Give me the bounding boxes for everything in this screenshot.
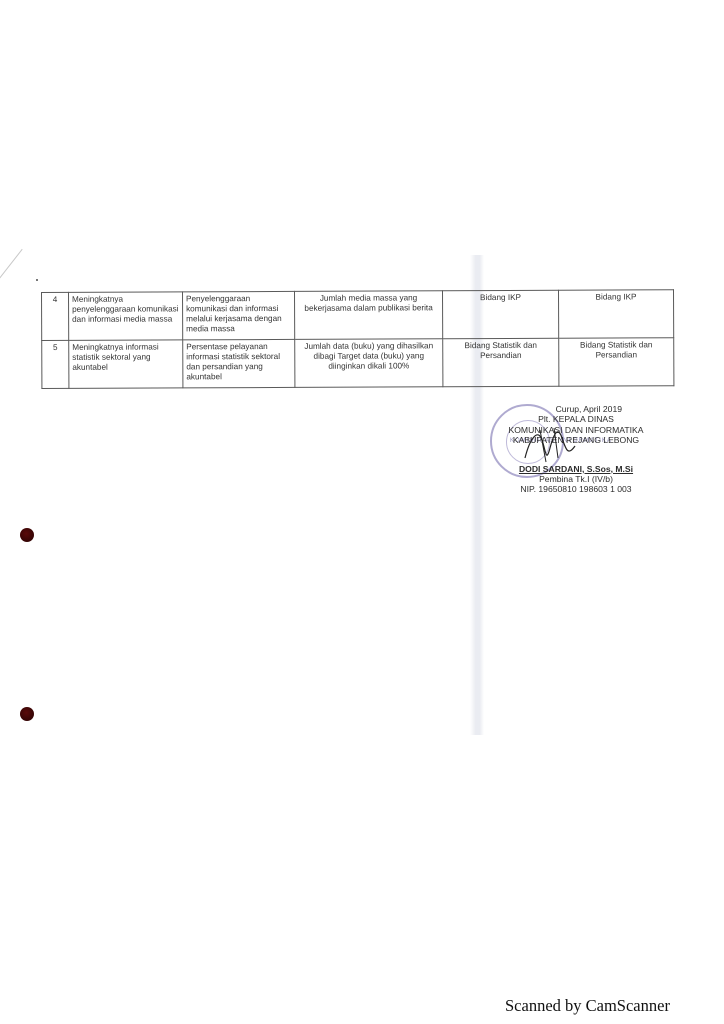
formula-cell: Jumlah media massa yang bekerjasama dala… (294, 291, 442, 340)
responsible-unit-cell: Bidang IKP (442, 290, 558, 339)
signer-nip: NIP. 19650810 198603 1 003 (496, 484, 656, 494)
table-row: 4 Meningkatnya penyelenggaraan komunikas… (42, 290, 674, 341)
handwritten-signature (520, 418, 580, 468)
signer-rank: Pembina Tk.I (IV/b) (496, 474, 656, 484)
goal-cell: Meningkatnya informasi statistik sektora… (69, 340, 183, 388)
place-date: Curup, April 2019 (496, 404, 656, 414)
scanner-watermark: Scanned by CamScanner (505, 996, 670, 1016)
performance-indicator-table: 4 Meningkatnya penyelenggaraan komunikas… (41, 289, 674, 389)
responsible-unit-cell: Bidang Statistik dan Persandian (559, 338, 674, 387)
responsible-unit-cell: Bidang Statistik dan Persandian (443, 338, 559, 387)
responsible-unit-cell: Bidang IKP (558, 290, 673, 339)
row-number: 5 (42, 340, 69, 388)
formula-cell: Jumlah data (buku) yang dihasilkan dibag… (295, 339, 443, 388)
row-number: 4 (42, 292, 69, 340)
page-corner-edge (0, 249, 23, 283)
page-speck (36, 279, 38, 281)
indicator-cell: Penyelenggaraan komunikasi dan informasi… (183, 291, 295, 339)
table-row: 5 Meningkatnya informasi statistik sekto… (42, 338, 674, 389)
punch-hole (20, 707, 34, 721)
punch-hole (20, 528, 34, 542)
indicator-cell: Persentase pelayanan informasi statistik… (183, 339, 295, 387)
goal-cell: Meningkatnya penyelenggaraan komunikasi … (69, 292, 183, 340)
